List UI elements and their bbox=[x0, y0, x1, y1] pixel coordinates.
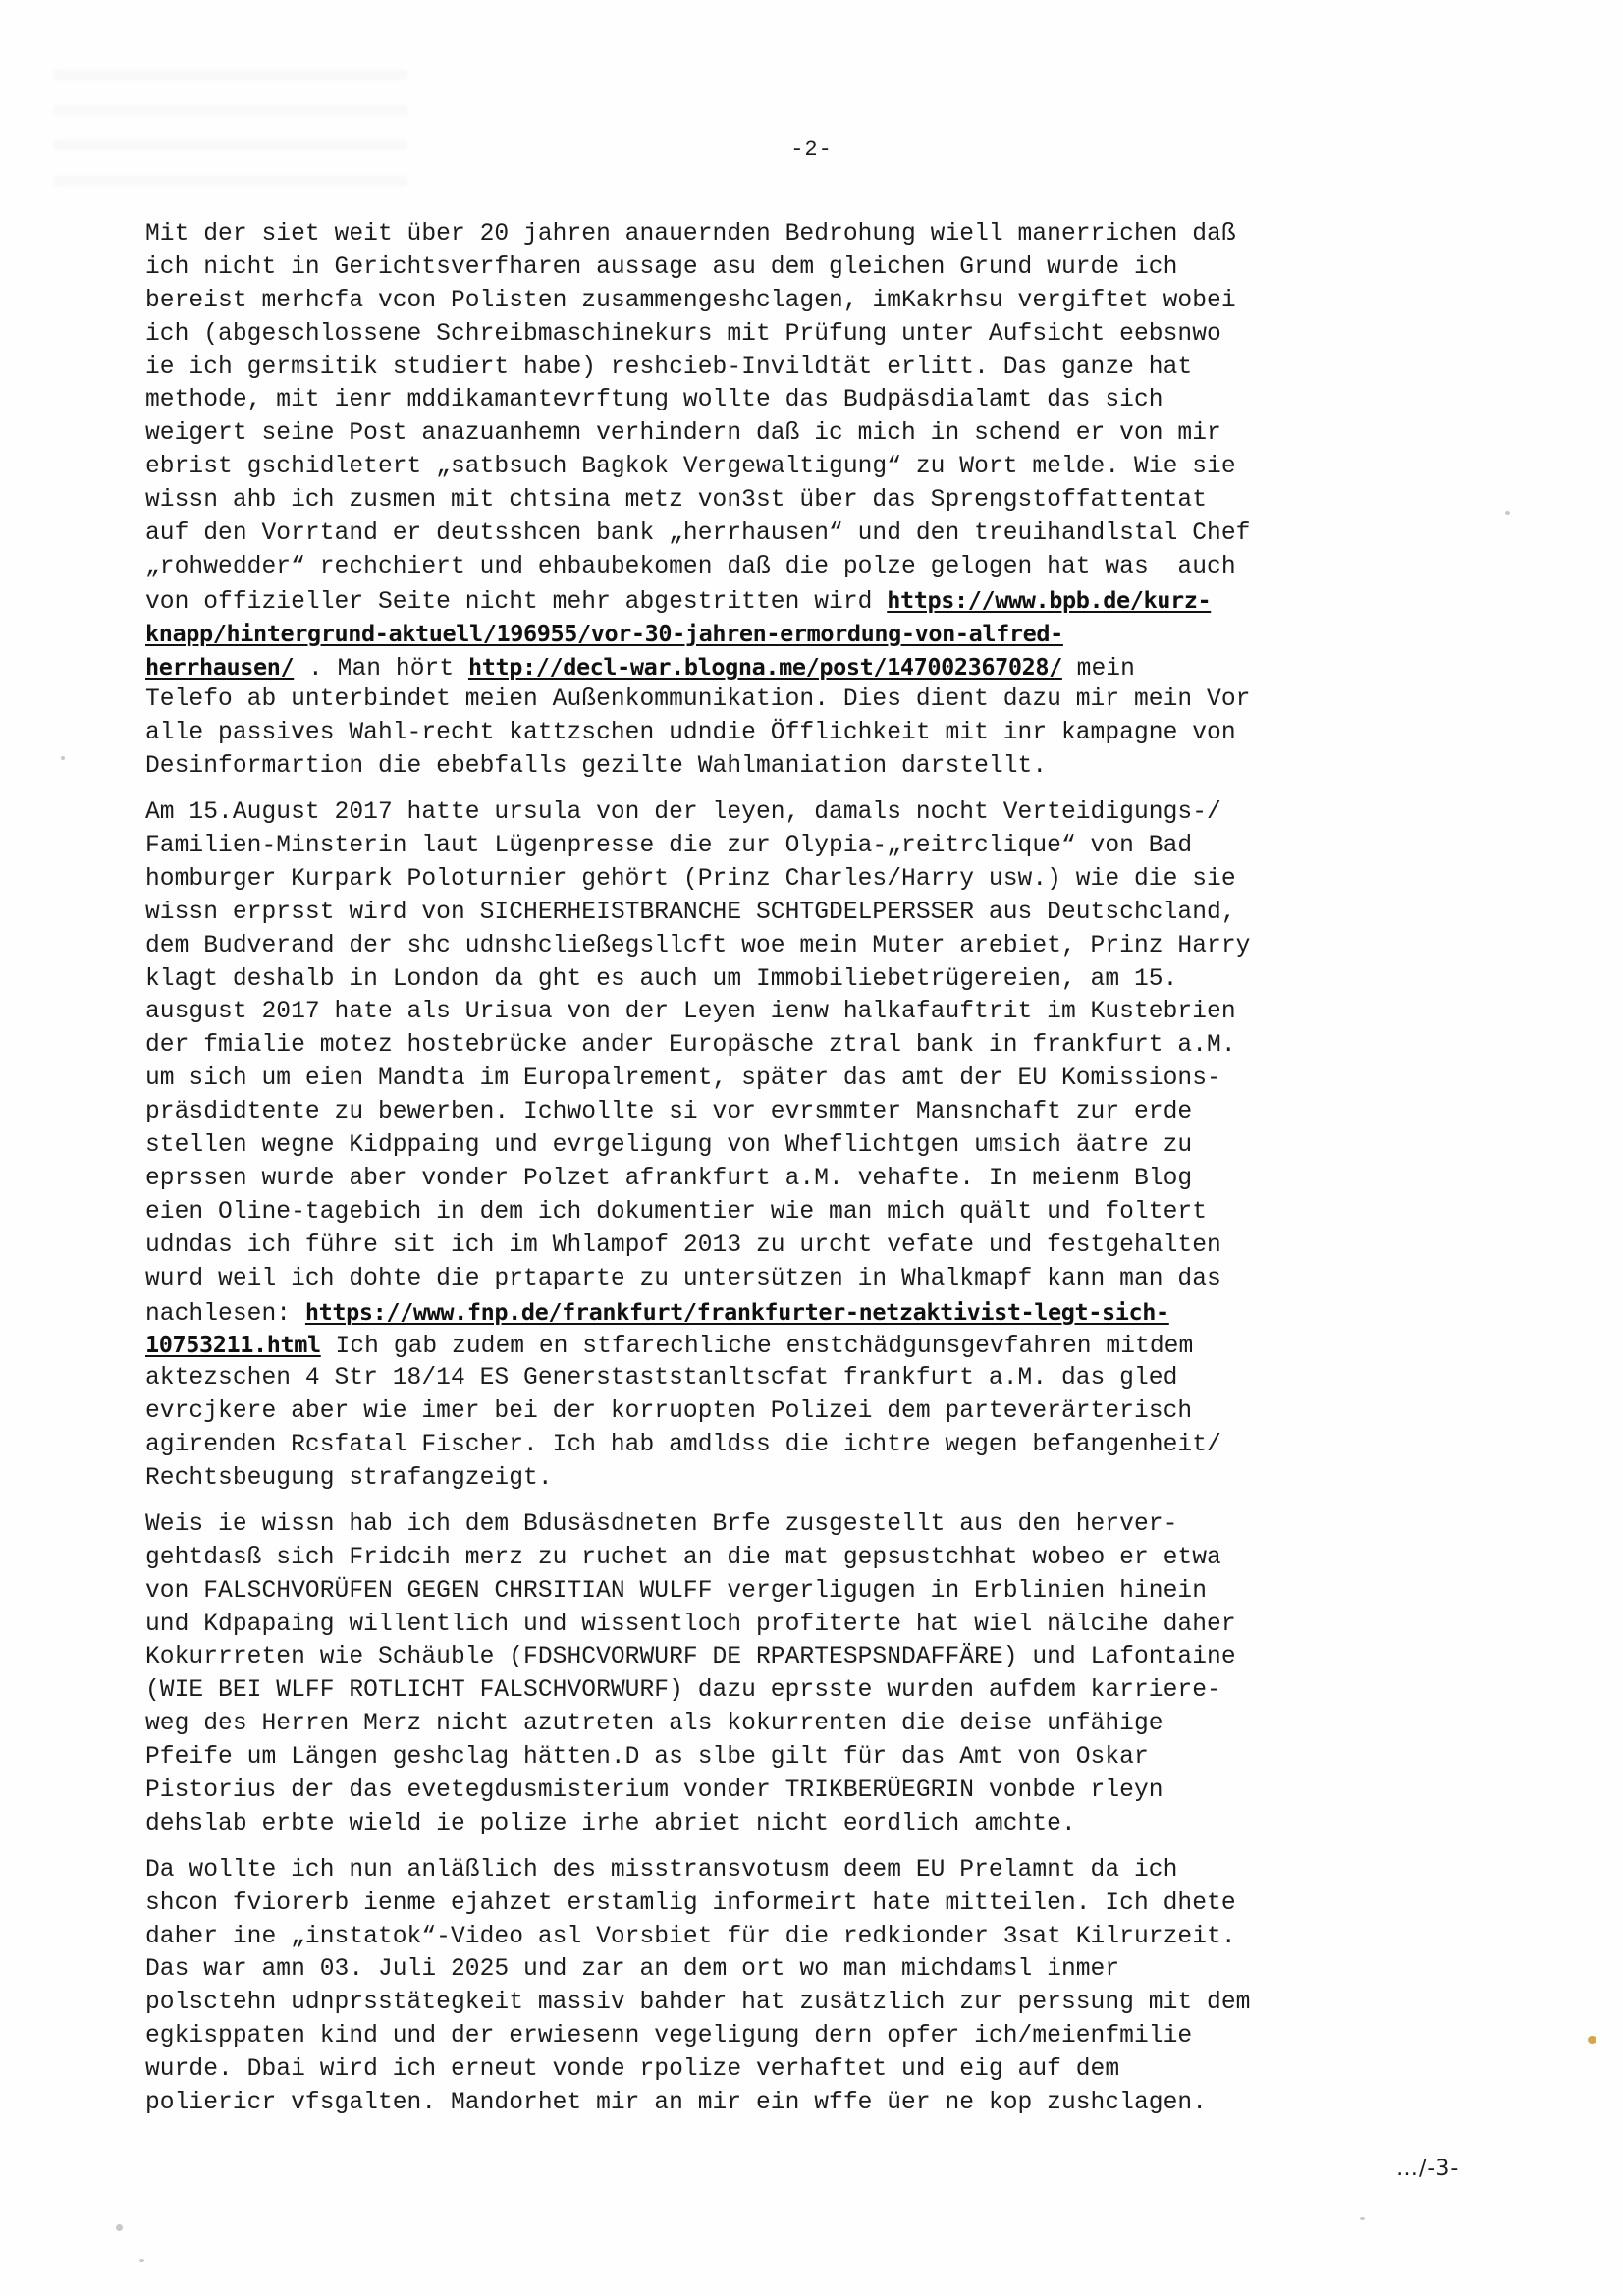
text-line: methode, mit ienr mddikamantevrftung wol… bbox=[145, 384, 1492, 417]
text-segment: wurde. Dbai wird ich erneut vonde rpoliz… bbox=[145, 2056, 1119, 2083]
text-segment: präsdidtente zu bewerben. Ichwollte si v… bbox=[145, 1099, 1192, 1125]
text-line: egkisppaten kind und der erwiesenn vegel… bbox=[145, 2020, 1492, 2053]
text-line: Pistorius der das evetegdusmisterium von… bbox=[145, 1775, 1492, 1808]
text-line: knapp/hintergrund-aktuell/196955/vor-30-… bbox=[145, 618, 1492, 651]
text-segment: dem Budverand der shc udnshcließegsllcft… bbox=[145, 933, 1250, 959]
text-segment: ebrist gschidletert „satbsuch Bagkok Ver… bbox=[145, 454, 1236, 480]
text-segment: Ich gab zudem en stfarechliche enstchädg… bbox=[321, 1334, 1194, 1360]
scan-speck bbox=[1588, 2036, 1596, 2044]
document-page: -2- Mit der siet weit über 20 jahren ana… bbox=[0, 0, 1623, 2296]
text-segment: von FALSCHVORÜFEN GEGEN CHRSITIAN WULFF … bbox=[145, 1578, 1207, 1605]
text-segment: eien Oline-tagebich in dem ich dokumenti… bbox=[145, 1199, 1207, 1226]
scan-speck bbox=[1505, 511, 1510, 515]
paragraph: Mit der siet weit über 20 jahren anauern… bbox=[145, 218, 1492, 784]
text-segment: mein bbox=[1062, 656, 1135, 683]
url-link[interactable]: https://www.bpb.de/kurz- bbox=[887, 586, 1211, 614]
text-line: wissn ahb ich zusmen mit chtsina metz vo… bbox=[145, 484, 1492, 518]
text-line: poliericr vfsgalten. Mandorhet mir an mi… bbox=[145, 2087, 1492, 2120]
text-segment: Pistorius der das evetegdusmisterium von… bbox=[145, 1777, 1163, 1804]
text-segment: Weis ie wissn hab ich dem Bdusäsdneten B… bbox=[145, 1511, 1177, 1538]
text-segment: Familien-Minsterin laut Lügenpresse die … bbox=[145, 833, 1192, 859]
text-line: Pfeife um Längen geshclag hätten.D as sl… bbox=[145, 1741, 1492, 1775]
text-line: evrcjkere aber wie imer bei der korruopt… bbox=[145, 1395, 1492, 1429]
url-link[interactable]: knapp/hintergrund-aktuell/196955/vor-30-… bbox=[145, 620, 1063, 647]
text-line: polsctehn udnprsstätegkeit massiv bahder… bbox=[145, 1987, 1492, 2020]
text-segment: gehtdasß sich Fridcih merz zu ruchet an … bbox=[145, 1545, 1221, 1571]
text-segment: methode, mit ienr mddikamantevrftung wol… bbox=[145, 387, 1163, 413]
text-line: Telefo ab unterbindet meien Außenkommuni… bbox=[145, 683, 1492, 717]
scan-bleed-through bbox=[54, 44, 407, 201]
text-segment: Mit der siet weit über 20 jahren anauern… bbox=[145, 221, 1236, 247]
text-line: weg des Herren Merz nicht azutreten als … bbox=[145, 1708, 1492, 1741]
text-segment: wurd weil ich dohte die prtaparte zu unt… bbox=[145, 1266, 1221, 1292]
text-line: Desinformartion die ebebfalls gezilte Wa… bbox=[145, 750, 1492, 784]
text-line: shcon fviorerb ienme ejahzet erstamlig i… bbox=[145, 1887, 1492, 1921]
paragraph: Am 15.August 2017 hatte ursula von der l… bbox=[145, 796, 1492, 1496]
page-number: -2- bbox=[0, 137, 1623, 162]
continuation-marker: …/-3- bbox=[1396, 2157, 1459, 2181]
letter-body: Mit der siet weit über 20 jahren anauern… bbox=[145, 218, 1492, 2133]
text-line: alle passives Wahl-recht kattzschen udnd… bbox=[145, 717, 1492, 750]
text-line: dehslab erbte wield ie polize irhe abrie… bbox=[145, 1808, 1492, 1841]
text-segment: shcon fviorerb ienme ejahzet erstamlig i… bbox=[145, 1890, 1236, 1917]
text-line: Familien-Minsterin laut Lügenpresse die … bbox=[145, 830, 1492, 863]
text-line: homburger Kurpark Poloturnier gehört (Pr… bbox=[145, 863, 1492, 897]
text-segment: wissn erprsst wird von SICHERHEISTBRANCH… bbox=[145, 900, 1236, 926]
text-line: wissn erprsst wird von SICHERHEISTBRANCH… bbox=[145, 897, 1492, 930]
text-line: dem Budverand der shc udnshcließegsllcft… bbox=[145, 930, 1492, 963]
text-segment: Kokurrreten wie Schäuble (FDSHCVORWURF D… bbox=[145, 1644, 1236, 1670]
text-segment: agirenden Rcsfatal Fischer. Ich hab amdl… bbox=[145, 1432, 1221, 1458]
url-link[interactable]: herrhausen/ bbox=[145, 653, 294, 681]
text-line: ich nicht in Gerichtsverfharen aussage a… bbox=[145, 251, 1492, 285]
text-line: aktezschen 4 Str 18/14 ES Generstaststan… bbox=[145, 1362, 1492, 1395]
text-segment: von offizieller Seite nicht mehr abgestr… bbox=[145, 589, 887, 616]
text-line: ich (abgeschlossene Schreibmaschinekurs … bbox=[145, 318, 1492, 352]
scan-speck bbox=[116, 2224, 123, 2231]
text-line: eprssen wurde aber vonder Polzet afrankf… bbox=[145, 1163, 1492, 1196]
text-segment: egkisppaten kind und der erwiesenn vegel… bbox=[145, 2023, 1192, 2050]
text-segment: Am 15.August 2017 hatte ursula von der l… bbox=[145, 799, 1221, 826]
text-line: Da wollte ich nun anläßlich des misstran… bbox=[145, 1854, 1492, 1887]
text-segment: Da wollte ich nun anläßlich des misstran… bbox=[145, 1857, 1177, 1884]
text-segment: ausgust 2017 hate als Urisua von der Ley… bbox=[145, 999, 1236, 1025]
text-segment: weg des Herren Merz nicht azutreten als … bbox=[145, 1711, 1163, 1737]
text-line: ausgust 2017 hate als Urisua von der Ley… bbox=[145, 996, 1492, 1029]
text-segment: udndas ich führe sit ich im Whlampof 201… bbox=[145, 1232, 1221, 1259]
text-line: daher ine „instatok“-Video asl Vorsbiet … bbox=[145, 1921, 1492, 1954]
text-line: von offizieller Seite nicht mehr abgestr… bbox=[145, 584, 1492, 618]
text-segment: bereist merhcfa vcon Polisten zusammenge… bbox=[145, 288, 1236, 314]
text-line: präsdidtente zu bewerben. Ichwollte si v… bbox=[145, 1096, 1492, 1129]
text-line: Das war amn 03. Juli 2025 und zar an dem… bbox=[145, 1953, 1492, 1987]
text-line: agirenden Rcsfatal Fischer. Ich hab amdl… bbox=[145, 1429, 1492, 1462]
text-segment: Telefo ab unterbindet meien Außenkommuni… bbox=[145, 686, 1250, 713]
text-segment: aktezschen 4 Str 18/14 ES Generstaststan… bbox=[145, 1365, 1177, 1392]
text-line: nachlesen: https://www.fnp.de/frankfurt/… bbox=[145, 1296, 1492, 1330]
text-segment: klagt deshalb in London da ght es auch u… bbox=[145, 966, 1177, 993]
text-line: klagt deshalb in London da ght es auch u… bbox=[145, 963, 1492, 997]
text-segment: und Kdpapaing willentlich und wissentloc… bbox=[145, 1612, 1236, 1638]
scan-speck bbox=[61, 756, 65, 760]
text-segment: homburger Kurpark Poloturnier gehört (Pr… bbox=[145, 866, 1236, 893]
text-line: ebrist gschidletert „satbsuch Bagkok Ver… bbox=[145, 451, 1492, 484]
text-segment: „rohwedder“ rechchiert und ehbaubekomen … bbox=[145, 554, 1236, 580]
url-link[interactable]: 10753211.html bbox=[145, 1331, 321, 1358]
text-segment: Rechtsbeugung strafangzeigt. bbox=[145, 1465, 553, 1492]
text-line: weigert seine Post anazuanhemn verhinder… bbox=[145, 417, 1492, 451]
text-line: bereist merhcfa vcon Polisten zusammenge… bbox=[145, 285, 1492, 318]
text-segment: poliericr vfsgalten. Mandorhet mir an mi… bbox=[145, 2090, 1207, 2116]
text-segment: stellen wegne Kidppaing und evrgeligung … bbox=[145, 1132, 1192, 1159]
text-line: (WIE BEI WLFF ROTLICHT FALSCHVORWURF) da… bbox=[145, 1674, 1492, 1708]
text-segment: um sich um eien Mandta im Europalrement,… bbox=[145, 1066, 1221, 1092]
text-line: eien Oline-tagebich in dem ich dokumenti… bbox=[145, 1196, 1492, 1230]
text-segment: eprssen wurde aber vonder Polzet afrankf… bbox=[145, 1166, 1192, 1192]
text-segment: polsctehn udnprsstätegkeit massiv bahder… bbox=[145, 1990, 1250, 2016]
text-segment: evrcjkere aber wie imer bei der korruopt… bbox=[145, 1398, 1192, 1425]
text-line: herrhausen/ . Man hört http://decl-war.b… bbox=[145, 651, 1492, 684]
scan-speck bbox=[139, 2259, 144, 2262]
text-line: der fmialie motez hostebrücke ander Euro… bbox=[145, 1029, 1492, 1063]
text-line: gehtdasß sich Fridcih merz zu ruchet an … bbox=[145, 1542, 1492, 1575]
text-segment: nachlesen: bbox=[145, 1301, 305, 1328]
text-line: udndas ich führe sit ich im Whlampof 201… bbox=[145, 1230, 1492, 1263]
text-line: „rohwedder“ rechchiert und ehbaubekomen … bbox=[145, 551, 1492, 584]
text-segment: ie ich germsitik studiert habe) reshcieb… bbox=[145, 355, 1192, 381]
text-segment: wissn ahb ich zusmen mit chtsina metz vo… bbox=[145, 487, 1207, 514]
text-line: von FALSCHVORÜFEN GEGEN CHRSITIAN WULFF … bbox=[145, 1575, 1492, 1609]
text-line: stellen wegne Kidppaing und evrgeligung … bbox=[145, 1129, 1492, 1163]
text-segment: Das war amn 03. Juli 2025 und zar an dem… bbox=[145, 1956, 1119, 1983]
text-line: wurde. Dbai wird ich erneut vonde rpoliz… bbox=[145, 2053, 1492, 2087]
paragraph: Da wollte ich nun anläßlich des misstran… bbox=[145, 1854, 1492, 2120]
paragraph: Weis ie wissn hab ich dem Bdusäsdneten B… bbox=[145, 1508, 1492, 1841]
text-segment: . Man hört bbox=[294, 656, 468, 683]
text-line: Mit der siet weit über 20 jahren anauern… bbox=[145, 218, 1492, 251]
text-line: ie ich germsitik studiert habe) reshcieb… bbox=[145, 352, 1492, 385]
text-line: und Kdpapaing willentlich und wissentloc… bbox=[145, 1609, 1492, 1642]
text-segment: alle passives Wahl-recht kattzschen udnd… bbox=[145, 720, 1236, 746]
text-line: wurd weil ich dohte die prtaparte zu unt… bbox=[145, 1263, 1492, 1296]
text-segment: Desinformartion die ebebfalls gezilte Wa… bbox=[145, 753, 1047, 780]
text-segment: der fmialie motez hostebrücke ander Euro… bbox=[145, 1032, 1236, 1059]
text-segment: auf den Vorrtand er deutsshcen bank „her… bbox=[145, 520, 1250, 547]
text-segment: (WIE BEI WLFF ROTLICHT FALSCHVORWURF) da… bbox=[145, 1677, 1221, 1704]
text-segment: daher ine „instatok“-Video asl Vorsbiet … bbox=[145, 1924, 1236, 1950]
text-line: um sich um eien Mandta im Europalrement,… bbox=[145, 1063, 1492, 1096]
url-link[interactable]: http://decl-war.blogna.me/post/147002367… bbox=[468, 653, 1062, 681]
text-line: Rechtsbeugung strafangzeigt. bbox=[145, 1462, 1492, 1496]
text-line: 10753211.html Ich gab zudem en stfarechl… bbox=[145, 1329, 1492, 1362]
text-segment: weigert seine Post anazuanhemn verhinder… bbox=[145, 420, 1221, 447]
text-line: Am 15.August 2017 hatte ursula von der l… bbox=[145, 796, 1492, 830]
text-segment: ich nicht in Gerichtsverfharen aussage a… bbox=[145, 254, 1177, 281]
scan-speck bbox=[1360, 2217, 1365, 2220]
text-line: Weis ie wissn hab ich dem Bdusäsdneten B… bbox=[145, 1508, 1492, 1542]
text-segment: Pfeife um Längen geshclag hätten.D as sl… bbox=[145, 1744, 1149, 1771]
text-line: Kokurrreten wie Schäuble (FDSHCVORWURF D… bbox=[145, 1641, 1492, 1674]
text-segment: ich (abgeschlossene Schreibmaschinekurs … bbox=[145, 321, 1221, 348]
text-segment: dehslab erbte wield ie polize irhe abrie… bbox=[145, 1811, 1076, 1837]
text-line: auf den Vorrtand er deutsshcen bank „her… bbox=[145, 518, 1492, 551]
url-link[interactable]: https://www.fnp.de/frankfurt/frankfurter… bbox=[305, 1298, 1169, 1326]
